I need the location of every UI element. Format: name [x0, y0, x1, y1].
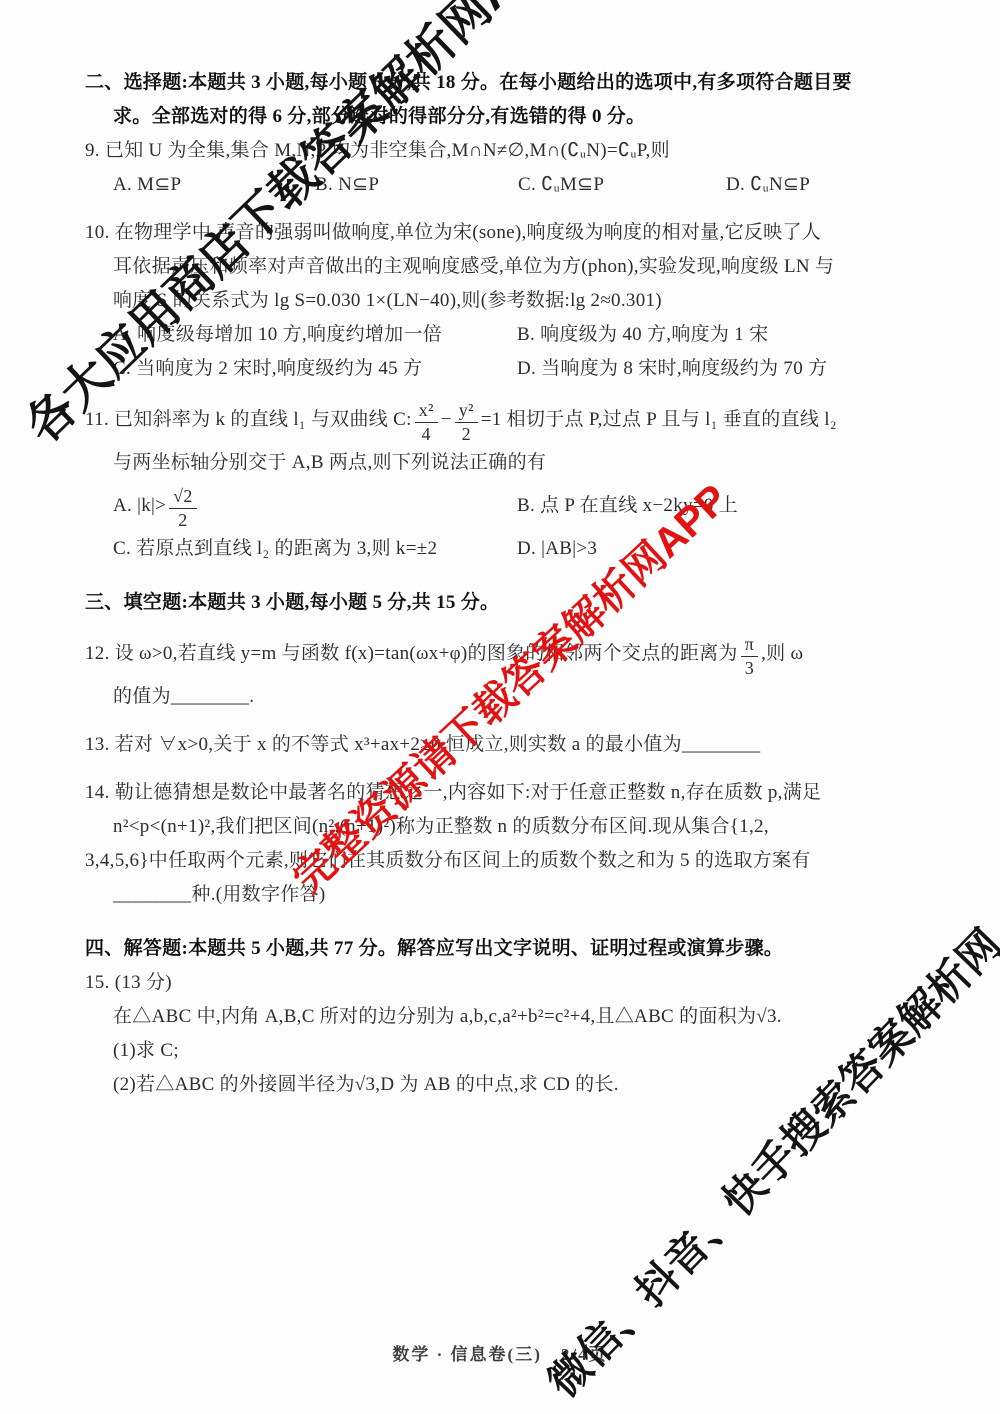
question-15-part2: (2)若△ABC 的外接圆半径为√3,D 为 AB 的中点,求 CD 的长.	[85, 1068, 925, 1102]
exam-content: 二、选择题:本题共 3 小题,每小题 6 分,共 18 分。在每小题给出的选项中…	[85, 66, 925, 1102]
question-11-option-a: A. |k|>√22	[113, 480, 517, 532]
exam-page: 二、选择题:本题共 3 小题,每小题 6 分,共 18 分。在每小题给出的选项中…	[0, 0, 1000, 1414]
fraction-sqrt2-over-2: √22	[169, 487, 196, 530]
question-11-stem-post: =1 相切于点 P,过点 P 且与 l₁ 垂直的直线 l₂	[481, 409, 837, 430]
question-11-stem-line2: 与两坐标轴分别交于 A,B 两点,则下列说法正确的有	[85, 446, 925, 480]
section-3-header: 三、填空题:本题共 3 小题,每小题 5 分,共 15 分。	[85, 586, 925, 620]
question-14-line3: 3,4,5,6}中任取两个元素,则它们在其质数分布区间上的质数个数之和为 5 的…	[85, 844, 925, 878]
question-12-line1-pre: 12. 设 ω>0,若直线 y=m 与函数 f(x)=tan(ωx+φ)的图象的…	[85, 643, 738, 664]
question-11-option-d: D. |AB|>3	[517, 532, 925, 566]
section-4-header-line: 四、解答题:本题共 5 小题,共 77 分。解答应写出文字说明、证明过程或演算步…	[85, 932, 925, 966]
question-15-body: 在△ABC 中,内角 A,B,C 所对的边分别为 a,b,c,a²+b²=c²+…	[85, 1000, 925, 1034]
minus-sign: −	[441, 409, 452, 430]
question-13: 13. 若对 ∀x>0,关于 x 的不等式 x³+ax+2≥0 恒成立,则实数 …	[85, 728, 925, 762]
question-9-option-b: B. N⊆P	[315, 168, 518, 202]
section-2-header: 二、选择题:本题共 3 小题,每小题 6 分,共 18 分。在每小题给出的选项中…	[85, 66, 925, 134]
question-14: 14. 勒让德猜想是数论中最著名的猜想之一,内容如下:对于任意正整数 n,存在质…	[85, 776, 925, 912]
fraction-pi-over-3: π3	[741, 635, 758, 678]
question-15-score: 15. (13 分)	[85, 966, 925, 1000]
section-2-header-line2: 求。全部选对的得 6 分,部分选对的得部分分,有选错的得 0 分。	[85, 100, 925, 134]
question-9-option-d: D. ∁ᵤN⊆P	[726, 168, 925, 202]
question-12-line1-post: ,则 ω	[761, 643, 803, 664]
section-4-header: 四、解答题:本题共 5 小题,共 77 分。解答应写出文字说明、证明过程或演算步…	[85, 932, 925, 966]
question-9-stem: 9. 已知 U 为全集,集合 M,N,P 均为非空集合,M∩N≠∅,M∩(∁ᵤN…	[85, 134, 925, 168]
fraction-y2-over-2: y²2	[455, 401, 478, 444]
question-11: 11. 已知斜率为 k 的直线 l₁ 与双曲线 C:x²4−y²2=1 相切于点…	[85, 394, 925, 566]
question-14-line1: 14. 勒让德猜想是数论中最著名的猜想之一,内容如下:对于任意正整数 n,存在质…	[85, 776, 925, 810]
question-10-options-row1: A. 响度级每增加 10 方,响度约增加一倍 B. 响度级为 40 方,响度为 …	[85, 318, 925, 352]
question-10-option-b: B. 响度级为 40 方,响度为 1 宋	[517, 318, 925, 352]
page-footer: 数学 · 信息卷(三) 2/4页	[0, 1340, 1000, 1365]
question-9: 9. 已知 U 为全集,集合 M,N,P 均为非空集合,M∩N≠∅,M∩(∁ᵤN…	[85, 134, 925, 202]
fraction-x2-over-4: x²4	[415, 401, 438, 444]
question-11-options-row1: A. |k|>√22 B. 点 P 在直线 x−2ky=0 上	[85, 480, 925, 532]
section-2-header-line1: 二、选择题:本题共 3 小题,每小题 6 分,共 18 分。在每小题给出的选项中…	[85, 66, 925, 100]
question-11-stem: 11. 已知斜率为 k 的直线 l₁ 与双曲线 C:x²4−y²2=1 相切于点…	[85, 394, 925, 446]
question-15: 15. (13 分) 在△ABC 中,内角 A,B,C 所对的边分别为 a,b,…	[85, 966, 925, 1102]
question-14-line2: n²<p<(n+1)²,我们把区间(n²,(n+1)²)称为正整数 n 的质数分…	[85, 810, 925, 844]
question-10-options-row2: C. 当响度为 2 宋时,响度级约为 45 方 D. 当响度为 8 宋时,响度级…	[85, 352, 925, 386]
question-11-options-row2: C. 若原点到直线 l₂ 的距离为 3,则 k=±2 D. |AB|>3	[85, 532, 925, 566]
question-15-part1: (1)求 C;	[85, 1034, 925, 1068]
question-10-option-d: D. 当响度为 8 宋时,响度级约为 70 方	[517, 352, 925, 386]
question-9-option-c: C. ∁ᵤM⊆P	[518, 168, 726, 202]
question-13-line: 13. 若对 ∀x>0,关于 x 的不等式 x³+ax+2≥0 恒成立,则实数 …	[85, 728, 925, 762]
question-11-stem-pre: 11. 已知斜率为 k 的直线 l₁ 与双曲线 C:	[85, 409, 412, 430]
question-10-option-c: C. 当响度为 2 宋时,响度级约为 45 方	[113, 352, 517, 386]
question-11-option-c: C. 若原点到直线 l₂ 的距离为 3,则 k=±2	[113, 532, 517, 566]
question-9-options: A. M⊆P B. N⊆P C. ∁ᵤM⊆P D. ∁ᵤN⊆P	[85, 168, 925, 202]
section-3-header-line: 三、填空题:本题共 3 小题,每小题 5 分,共 15 分。	[85, 586, 925, 620]
question-14-line4: ________种.(用数字作答)	[85, 878, 925, 912]
